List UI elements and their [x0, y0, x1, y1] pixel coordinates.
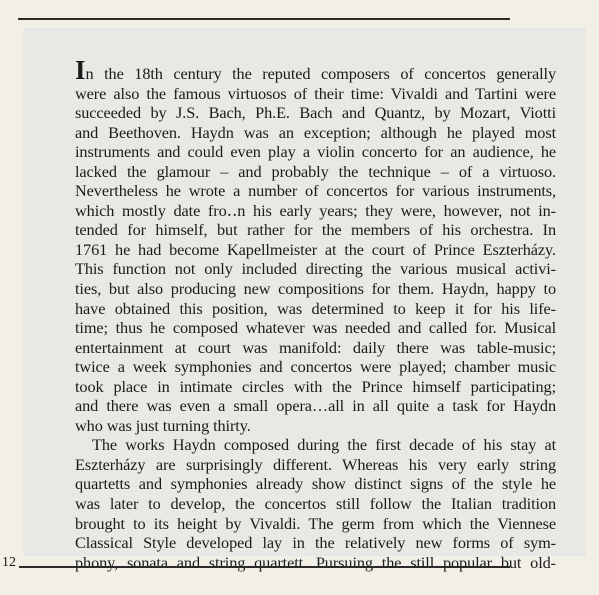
text-line: have obtained this position, was determi…	[75, 299, 556, 319]
page-number: 12	[2, 555, 16, 571]
text-line: who was just turning thirty.	[75, 416, 556, 436]
text-line: phony, sonata and string quartett. Pursu…	[75, 553, 556, 573]
text-line: succeeded by J.S. Bach, Ph.E. Bach and Q…	[75, 103, 556, 123]
text-line: and there was even a small opera…all in …	[75, 396, 556, 416]
text-line: Eszterházy are surprisingly different. W…	[75, 455, 556, 475]
text-line: tended for himself, but rather for the m…	[75, 220, 556, 240]
text-line: lacked the glamour – and probably the te…	[75, 162, 556, 182]
text-line: ties, but also producing new composition…	[75, 279, 556, 299]
paragraph-1: In the 18th century the reputed composer…	[75, 61, 556, 435]
top-rule-divider	[18, 18, 510, 20]
text-line: The works Haydn composed during the firs…	[75, 435, 556, 455]
text-line: took place in intimate circles with the …	[75, 377, 556, 397]
text-line: 1761 he had become Kapellmeister at the …	[75, 240, 556, 260]
drop-cap: I	[75, 55, 86, 85]
text-line: Nevertheless he wrote a number of concer…	[75, 181, 556, 201]
text-line: instruments and could even play a violin…	[75, 142, 556, 162]
text-line: which mostly date fro․․n his early years…	[75, 201, 556, 221]
text-line: In the 18th century the reputed composer…	[75, 61, 556, 84]
text-line: Classical Style developed lay in the rel…	[75, 533, 556, 553]
text-line: twice a week symphonies and concertos we…	[75, 357, 556, 377]
text-line: brought to its height by Vivaldi. The ge…	[75, 514, 556, 534]
bottom-rule-divider	[19, 566, 510, 568]
text-line: entertainment at court was manifold: dai…	[75, 338, 556, 358]
article-body: In the 18th century the reputed composer…	[75, 61, 556, 572]
text-line: quartetts and symphonies already show di…	[75, 474, 556, 494]
text-line: was later to develop, the concertos stil…	[75, 494, 556, 514]
paragraph-2: The works Haydn composed during the firs…	[75, 435, 556, 572]
text-line: time; thus he composed whatever was need…	[75, 318, 556, 338]
text-line: and Beethoven. Haydn was an exception; a…	[75, 123, 556, 143]
text-line: were also the famous virtuosos of their …	[75, 84, 556, 104]
text-line: This function not only included directin…	[75, 259, 556, 279]
